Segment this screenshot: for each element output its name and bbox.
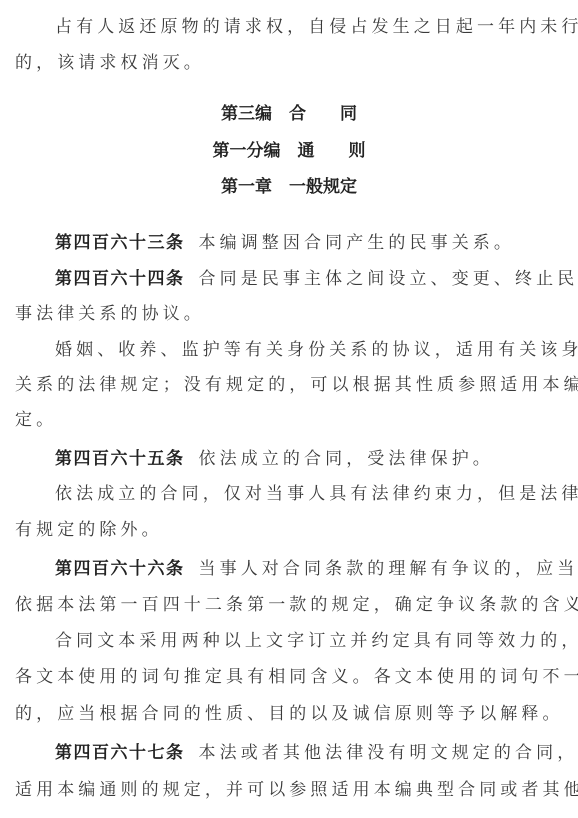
article-466: 第四百六十六条当事人对合同条款的理解有争议的，应当 [55, 558, 578, 580]
article-464: 第四百六十四条合同是民事主体之间设立、变更、终止民 [55, 268, 578, 290]
paragraph-line: 的，应当根据合同的性质、目的以及诚信原则等予以解释。 [15, 703, 567, 725]
article-text: 本编调整因合同产生的民事关系。 [199, 233, 516, 253]
article-number: 第四百六十五条 [55, 449, 185, 469]
article-number: 第四百六十七条 [55, 743, 185, 763]
subpart-heading: 第一分编 通 则 [0, 140, 578, 162]
paragraph-line: 有规定的除外。 [15, 519, 567, 541]
paragraph-line: 事法律关系的协议。 [15, 303, 567, 325]
paragraph-line: 适用本编通则的规定，并可以参照适用本编典型合同或者其他法 [15, 779, 567, 801]
paragraph-line: 依据本法第一百四十二条第一款的规定，确定争议条款的含义。 [15, 594, 567, 616]
article-463: 第四百六十三条本编调整因合同产生的民事关系。 [55, 232, 578, 254]
article-text: 本法或者其他法律没有明文规定的合同， [199, 743, 578, 763]
article-465: 第四百六十五条依法成立的合同，受法律保护。 [55, 448, 578, 470]
article-text: 依法成立的合同，受法律保护。 [199, 449, 494, 469]
paragraph-line: 婚姻、收养、监护等有关身份关系的协议，适用有关该身份 [55, 339, 578, 361]
paragraph-line: 各文本使用的词句推定具有相同含义。各文本使用的词句不一致 [15, 666, 567, 688]
paragraph-line: 占有人返还原物的请求权，自侵占发生之日起一年内未行使 [55, 16, 578, 38]
article-467: 第四百六十七条本法或者其他法律没有明文规定的合同， [55, 742, 578, 764]
chapter-heading: 第一章 一般规定 [0, 176, 578, 198]
paragraph-line: 关系的法律规定；没有规定的，可以根据其性质参照适用本编规 [15, 374, 567, 396]
paragraph-line: 定。 [15, 409, 567, 431]
paragraph-line: 合同文本采用两种以上文字订立并约定具有同等效力的，对 [55, 630, 578, 652]
article-text: 合同是民事主体之间设立、变更、终止民 [199, 269, 578, 289]
article-number: 第四百六十四条 [55, 269, 185, 289]
paragraph-line: 依法成立的合同，仅对当事人具有法律约束力，但是法律另 [55, 483, 578, 505]
part-heading: 第三编 合 同 [0, 103, 578, 125]
article-number: 第四百六十三条 [55, 233, 185, 253]
document-page: 占有人返还原物的请求权，自侵占发生之日起一年内未行使 的，该请求权消灭。 第三编… [0, 0, 578, 818]
article-number: 第四百六十六条 [55, 559, 185, 579]
article-text: 当事人对合同条款的理解有争议的，应当 [199, 559, 578, 579]
paragraph-line: 的，该请求权消灭。 [15, 52, 567, 74]
